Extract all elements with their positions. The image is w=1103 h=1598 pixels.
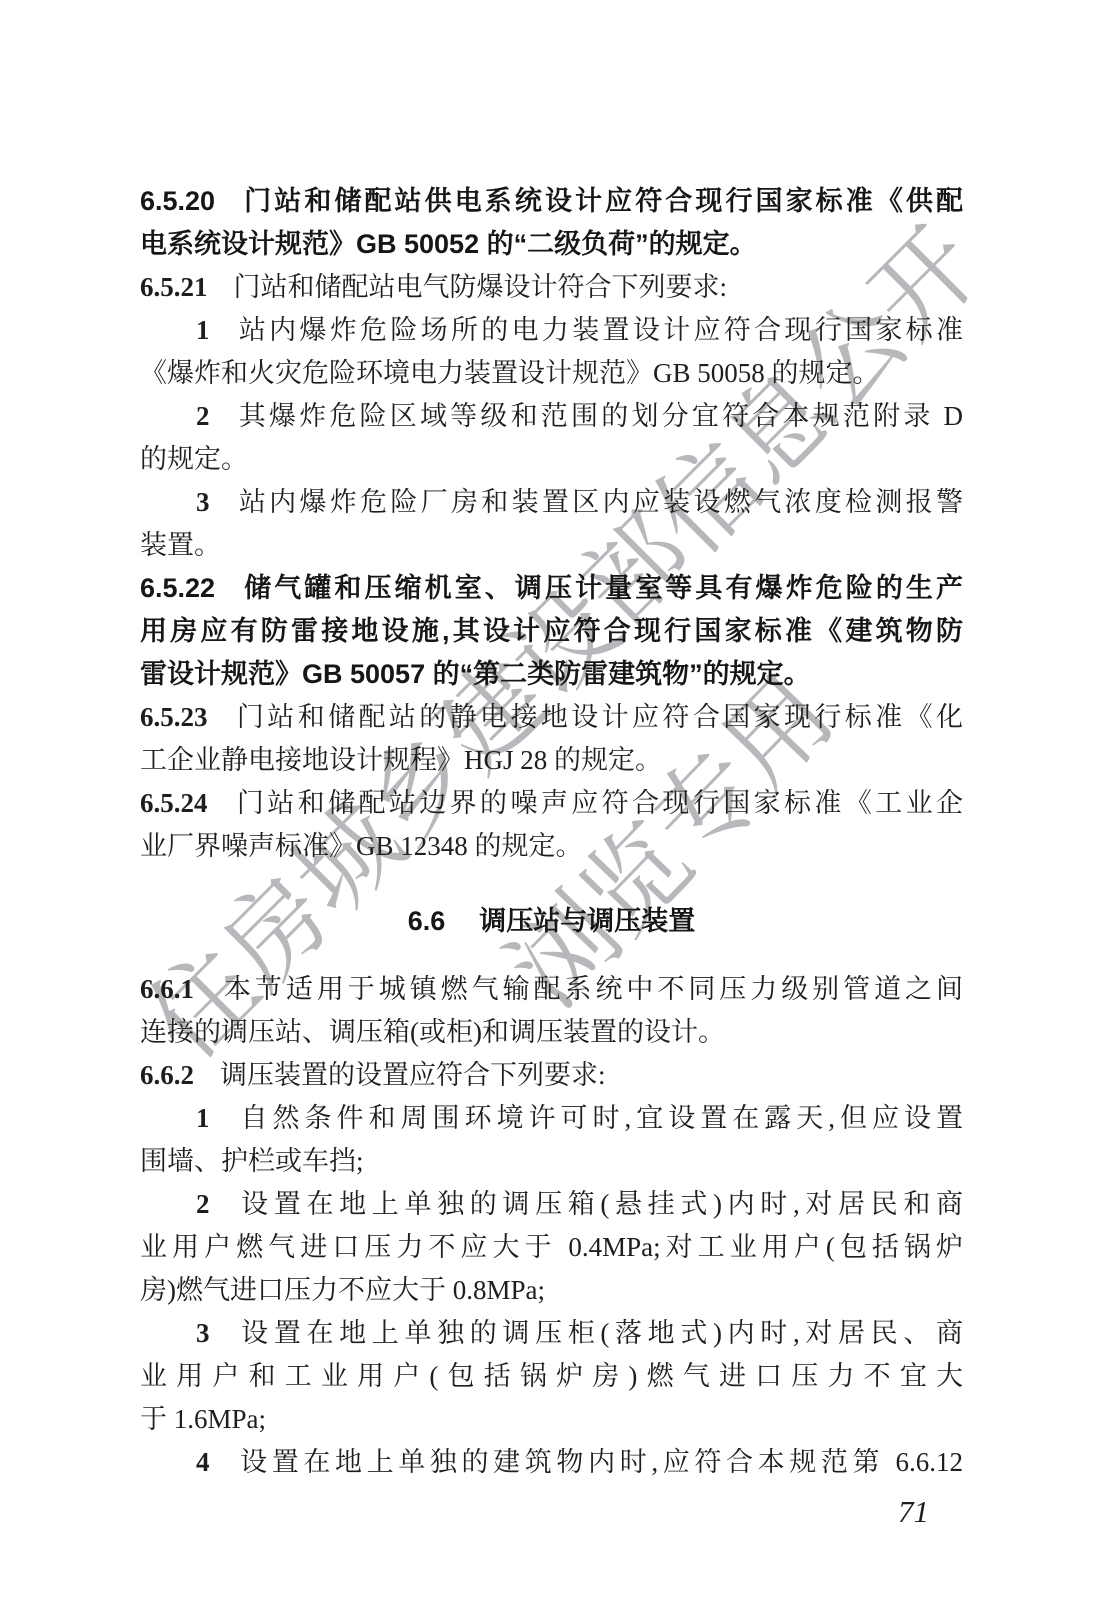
- item-number: 3: [196, 1318, 210, 1348]
- section-number: 6.6: [408, 906, 446, 936]
- item-text: 站内爆炸危险厂房和装置区内应装设燃气浓度检测报警: [236, 487, 964, 517]
- item-number: 1: [196, 315, 210, 345]
- clause-6-5-21-item-2-line-2: 的规定。: [140, 438, 963, 481]
- clause-6-5-22-line-1: 6.5.22储气罐和压缩机室、调压计量室等具有爆炸危险的生产: [140, 567, 963, 610]
- clause-text: 调压装置的设置应符合下列要求:: [220, 1060, 606, 1090]
- clause-text: 雷设计规范》GB 50057 的“第二类防雷建筑物”的规定。: [140, 659, 811, 689]
- clause-6-5-21-item-3-line-2: 装置。: [140, 524, 963, 567]
- clause-6-5-23-line-2: 工企业静电接地设计规程》HGJ 28 的规定。: [140, 739, 963, 782]
- item-text: 业用户燃气进口压力不应大于 0.4MPa;对工业用户(包括锅炉: [140, 1232, 963, 1262]
- clause-number: 6.6.2: [140, 1060, 194, 1090]
- clause-6-6-2-item-2-line-1: 2设置在地上单独的调压箱(悬挂式)内时,对居民和商: [140, 1183, 963, 1226]
- item-number: 2: [196, 401, 210, 431]
- document-body: 6.5.20门站和储配站供电系统设计应符合现行国家标准《供配 电系统设计规范》G…: [140, 180, 963, 1484]
- clause-6-5-21-item-3-line-1: 3站内爆炸危险厂房和装置区内应装设燃气浓度检测报警: [140, 481, 963, 524]
- page-number: 71: [898, 1494, 929, 1530]
- clause-6-6-2-item-3-line-1: 3设置在地上单独的调压柜(落地式)内时,对居民、商: [140, 1312, 963, 1355]
- item-text: 其爆炸危险区域等级和范围的划分宜符合本规范附录 D: [236, 401, 964, 431]
- clause-text: 门站和储配站边界的噪声应符合现行国家标准《工业企: [234, 788, 964, 818]
- clause-6-5-23-line-1: 6.5.23门站和储配站的静电接地设计应符合国家现行标准《化: [140, 696, 963, 739]
- clause-6-5-22-line-2: 用房应有防雷接地设施,其设计应符合现行国家标准《建筑物防: [140, 610, 963, 653]
- document-page: { "meta": { "background_color": "#ffffff…: [0, 0, 1103, 1598]
- clause-6-6-2-item-2-line-3: 房)燃气进口压力不应大于 0.8MPa;: [140, 1269, 963, 1312]
- clause-6-5-24-line-1: 6.5.24门站和储配站边界的噪声应符合现行国家标准《工业企: [140, 782, 963, 825]
- item-text: 房)燃气进口压力不应大于 0.8MPa;: [140, 1275, 545, 1305]
- clause-text: 连接的调压站、调压箱(或柜)和调压装置的设计。: [140, 1017, 725, 1047]
- clause-6-5-21-item-1-line-2: 《爆炸和火灾危险环境电力装置设计规范》GB 50058 的规定。: [140, 352, 963, 395]
- section-heading-6-6: 6.6调压站与调压装置: [140, 900, 963, 943]
- item-text: 业用户和工业用户(包括锅炉房)燃气进口压力不宜大: [140, 1361, 963, 1391]
- item-text: 设置在地上单独的建筑物内时,应符合本规范第 6.6.12: [236, 1447, 964, 1477]
- clause-6-5-21-line-1: 6.5.21门站和储配站电气防爆设计符合下列要求:: [140, 266, 963, 309]
- clause-number: 6.5.21: [140, 272, 208, 302]
- clause-6-5-24-line-2: 业厂界噪声标准》GB 12348 的规定。: [140, 825, 963, 868]
- clause-6-5-22-line-3: 雷设计规范》GB 50057 的“第二类防雷建筑物”的规定。: [140, 653, 963, 696]
- clause-6-6-2-item-2-line-2: 业用户燃气进口压力不应大于 0.4MPa;对工业用户(包括锅炉: [140, 1226, 963, 1269]
- clause-6-5-21-item-2-line-1: 2其爆炸危险区域等级和范围的划分宜符合本规范附录 D: [140, 395, 963, 438]
- clause-6-6-1-line-1: 6.6.1本节适用于城镇燃气输配系统中不同压力级别管道之间: [140, 968, 963, 1011]
- clause-text: 门站和储配站供电系统设计应符合现行国家标准《供配: [241, 186, 963, 216]
- clause-6-6-1-line-2: 连接的调压站、调压箱(或柜)和调压装置的设计。: [140, 1011, 963, 1054]
- clause-number: 6.5.22: [140, 573, 215, 603]
- item-text: 自然条件和周围环境许可时,宜设置在露天,但应设置: [236, 1103, 964, 1133]
- section-title: 调压站与调压装置: [479, 906, 695, 936]
- item-text: 设置在地上单独的调压箱(悬挂式)内时,对居民和商: [236, 1189, 964, 1219]
- clause-number: 6.5.20: [140, 186, 215, 216]
- clause-text: 工企业静电接地设计规程》HGJ 28 的规定。: [140, 745, 662, 775]
- item-text: 围墙、护栏或车挡;: [140, 1146, 364, 1176]
- clause-6-6-2-item-3-line-3: 于 1.6MPa;: [140, 1398, 963, 1441]
- clause-text: 储气罐和压缩机室、调压计量室等具有爆炸危险的生产: [241, 573, 963, 603]
- clause-text: 用房应有防雷接地设施,其设计应符合现行国家标准《建筑物防: [140, 616, 963, 646]
- item-text: 《爆炸和火灾危险环境电力装置设计规范》GB 50058 的规定。: [140, 358, 880, 388]
- clause-6-6-2-item-1-line-1: 1自然条件和周围环境许可时,宜设置在露天,但应设置: [140, 1097, 963, 1140]
- clause-number: 6.5.23: [140, 702, 208, 732]
- item-number: 2: [196, 1189, 210, 1219]
- item-number: 1: [196, 1103, 210, 1133]
- clause-6-5-20-line-2: 电系统设计规范》GB 50052 的“二级负荷”的规定。: [140, 223, 963, 266]
- clause-6-5-21-item-1-line-1: 1站内爆炸危险场所的电力装置设计应符合现行国家标准: [140, 309, 963, 352]
- item-number: 3: [196, 487, 210, 517]
- clause-6-6-2-line-1: 6.6.2调压装置的设置应符合下列要求:: [140, 1054, 963, 1097]
- item-text: 站内爆炸危险场所的电力装置设计应符合现行国家标准: [236, 315, 964, 345]
- clause-number: 6.5.24: [140, 788, 208, 818]
- item-text: 的规定。: [140, 444, 248, 474]
- item-text: 装置。: [140, 530, 221, 560]
- clause-text: 本节适用于城镇燃气输配系统中不同压力级别管道之间: [220, 974, 963, 1004]
- clause-6-6-2-item-4-line-1: 4设置在地上单独的建筑物内时,应符合本规范第 6.6.12: [140, 1441, 963, 1484]
- clause-6-6-2-item-1-line-2: 围墙、护栏或车挡;: [140, 1140, 963, 1183]
- clause-text: 门站和储配站电气防爆设计符合下列要求:: [234, 272, 728, 302]
- item-text: 于 1.6MPa;: [140, 1404, 266, 1434]
- item-number: 4: [196, 1447, 210, 1477]
- clause-text: 门站和储配站的静电接地设计应符合国家现行标准《化: [234, 702, 964, 732]
- clause-6-6-2-item-3-line-2: 业用户和工业用户(包括锅炉房)燃气进口压力不宜大: [140, 1355, 963, 1398]
- clause-text: 电系统设计规范》GB 50052 的“二级负荷”的规定。: [140, 229, 757, 259]
- clause-text: 业厂界噪声标准》GB 12348 的规定。: [140, 831, 583, 861]
- clause-6-5-20-line-1: 6.5.20门站和储配站供电系统设计应符合现行国家标准《供配: [140, 180, 963, 223]
- clause-number: 6.6.1: [140, 974, 194, 1004]
- item-text: 设置在地上单独的调压柜(落地式)内时,对居民、商: [236, 1318, 964, 1348]
